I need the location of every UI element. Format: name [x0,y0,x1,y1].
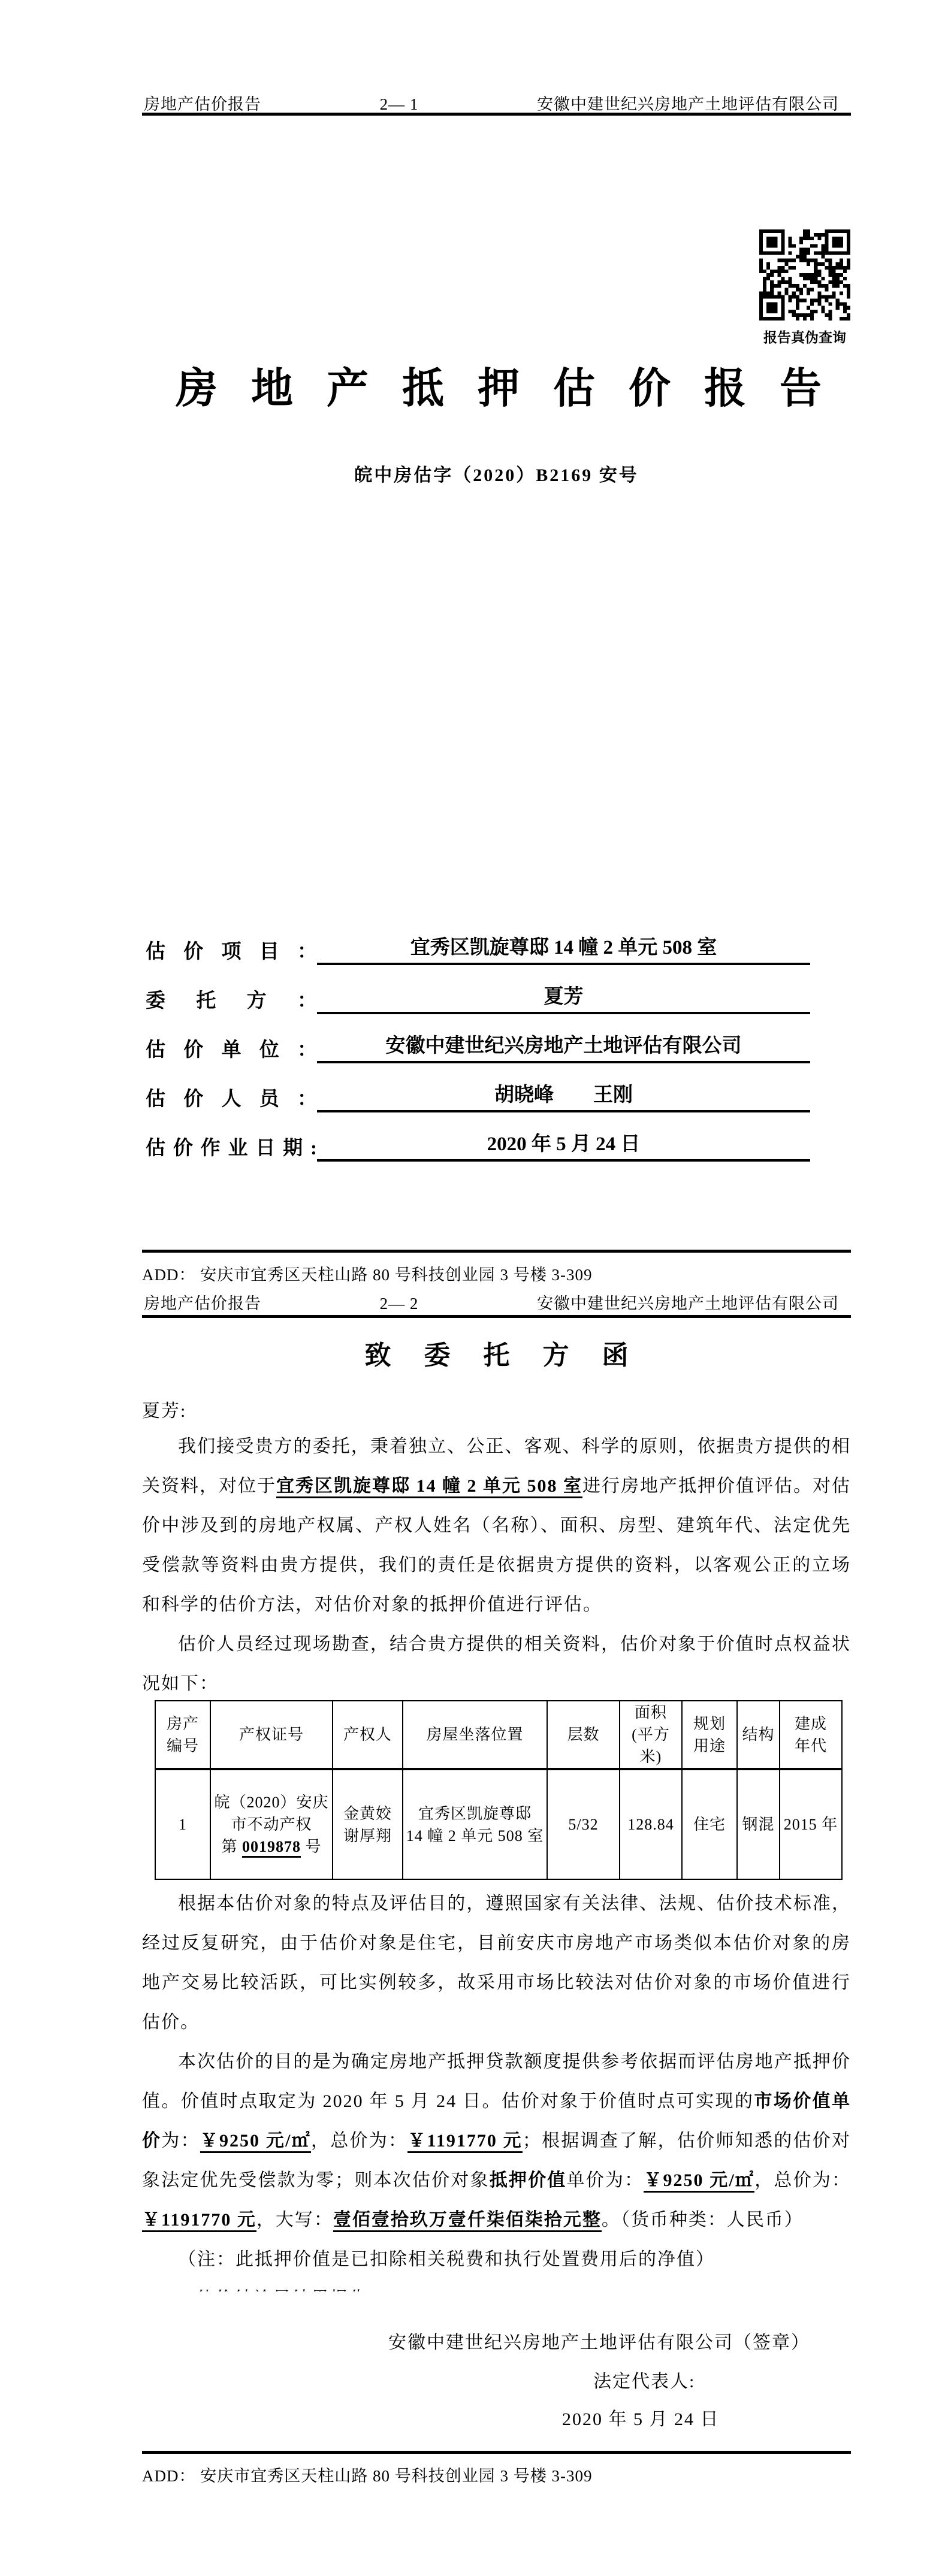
field-value: 夏芳 [317,984,810,1014]
field-value: 安徽中建世纪兴房地产土地评估有限公司 [317,1033,810,1063]
field-row-date: 估价作业日期: 2020 年 5 月 24 日 [146,1131,810,1162]
column-header-location: 房屋坐落位置 [403,1701,547,1769]
field-value: 2020 年 5 月 24 日 [317,1131,810,1162]
ownership-table: 房产 编号 产权证号 产权人 房屋坐落位置 层数 面积 (平方 米) 规划 用途… [155,1700,843,1880]
paragraph-method: 根据本估价对象的特点及评估目的，遵照国家有关法律、法规、估价技术标准，经过反复研… [142,1884,851,2042]
table-header-row: 房产 编号 产权证号 产权人 房屋坐落位置 层数 面积 (平方 米) 规划 用途… [155,1701,842,1769]
page2-header-doc-type: 房地产估价报告 [144,1290,261,1314]
report-number: 皖中房估字（2020）B2169 安号 [142,460,851,486]
paragraph-survey: 估价人员经过现场勘查，结合贵方提供的相关资料，估价对象于价值时点权益状况如下： [142,1625,851,1698]
page1-footer-address: ADD： 安庆市宜秀区天柱山路 80 号科技创业园 3 号楼 3-309 [142,1262,593,1285]
page1-footer-rule [142,1250,851,1253]
column-header-owner: 产权人 [333,1701,403,1769]
page1-header-rule [142,113,851,116]
column-header-area: 面积 (平方 米) [620,1701,682,1769]
page1-running-header: 房地产估价报告 2— 1 安徽中建世纪兴房地产土地评估有限公司 [144,91,839,114]
field-row-client: 委托方： 夏芳 [146,984,810,1014]
cell-area: 128.84 [620,1769,682,1879]
signature-date: 2020 年 5 月 24 日 [562,2404,720,2430]
column-header-planned-use: 规划 用途 [682,1701,737,1769]
field-row-agency: 估价单位： 安徽中建世纪兴房地产土地评估有限公司 [146,1033,810,1063]
cell-cert-no: 皖（2020）安庆 市不动产权 第 0019878 号 [210,1769,333,1879]
qr-code [759,229,850,321]
cell-structure: 钢混 [737,1769,780,1879]
paragraph-note: （注：此抵押价值是已扣除相关税费和执行处置费用后的净值） [142,2240,851,2279]
column-header-property-no: 房产 编号 [155,1701,210,1769]
field-value: 宜秀区凯旋尊邸 14 幢 2 单元 508 室 [317,935,810,965]
field-row-appraisers: 估价人员： 胡晓峰 王刚 [146,1082,810,1112]
letter-title: 致委托方函 [142,1334,851,1372]
letter-body-upper: 我们接受贵方的委托，秉着独立、公正、客观、科学的原则，依据贵方提供的相关资料，对… [142,1427,851,1698]
field-label: 估价单位： [146,1037,317,1063]
field-label: 估价人员： [146,1086,317,1112]
page2-header-company: 安徽中建世纪兴房地产土地评估有限公司 [537,1290,839,1314]
page2-footer-rule [142,2451,851,2454]
cell-planned-use: 住宅 [682,1769,737,1879]
signature-company: 安徽中建世纪兴房地产土地评估有限公司（签章） [388,2327,810,2354]
cell-property-no: 1 [155,1769,210,1879]
paragraph-valuation: 本次估价的目的是为确定房地产抵押贷款额度提供参考依据而评估房地产抵押价值。价值时… [142,2042,851,2240]
field-label: 估价项目： [146,939,317,965]
page2-header-rule [142,1315,851,1318]
cell-built-year: 2015 年 [780,1769,842,1879]
page1-header-doc-type: 房地产估价报告 [144,91,261,114]
paragraph-intro: 我们接受贵方的委托，秉着独立、公正、客观、科学的原则，依据贵方提供的相关资料，对… [142,1427,851,1625]
field-row-project: 估价项目： 宜秀区凯旋尊邸 14 幢 2 单元 508 室 [146,935,810,965]
field-value: 胡晓峰 王刚 [317,1082,810,1112]
field-label: 委托方： [146,988,317,1014]
cell-floors: 5/32 [547,1769,620,1879]
qr-code-svg [759,229,850,321]
table-row: 1 皖（2020）安庆 市不动产权 第 0019878 号 金黄姣 谢厚翔 宜秀… [155,1769,842,1879]
column-header-cert-no: 产权证号 [210,1701,333,1769]
column-header-structure: 结构 [737,1701,780,1769]
column-header-built-year: 建成 年代 [780,1701,842,1769]
report-document: 房地产估价报告 2— 1 安徽中建世纪兴房地产土地评估有限公司 报告真伪查询 房… [0,0,951,2576]
paragraph-conclusion: 估价结论见结果报告。 [142,2279,851,2291]
page1-header-company: 安徽中建世纪兴房地产土地评估有限公司 [537,91,839,114]
field-label: 估价作业日期: [146,1135,317,1162]
page2-running-header: 房地产估价报告 2— 2 安徽中建世纪兴房地产土地评估有限公司 [144,1290,839,1314]
cell-location: 宜秀区凯旋尊邸 14 幢 2 单元 508 室 [403,1769,547,1879]
page2-footer-address: ADD： 安庆市宜秀区天柱山路 80 号科技创业园 3 号楼 3-309 [142,2463,593,2486]
page2-header-page-number: 2— 2 [261,1295,537,1313]
cell-owner: 金黄姣 谢厚翔 [333,1769,403,1879]
page1-header-page-number: 2— 1 [261,95,537,114]
qr-caption: 报告真伪查询 [757,326,853,346]
signature-legal-representative: 法定代表人: [593,2366,695,2393]
letter-salutation: 夏芳: [142,1396,186,1422]
column-header-floors: 层数 [547,1701,620,1769]
letter-body-lower: 根据本估价对象的特点及评估目的，遵照国家有关法律、法规、估价技术标准，经过反复研… [142,1884,851,2291]
report-title: 房地产抵押估价报告 [142,355,851,415]
